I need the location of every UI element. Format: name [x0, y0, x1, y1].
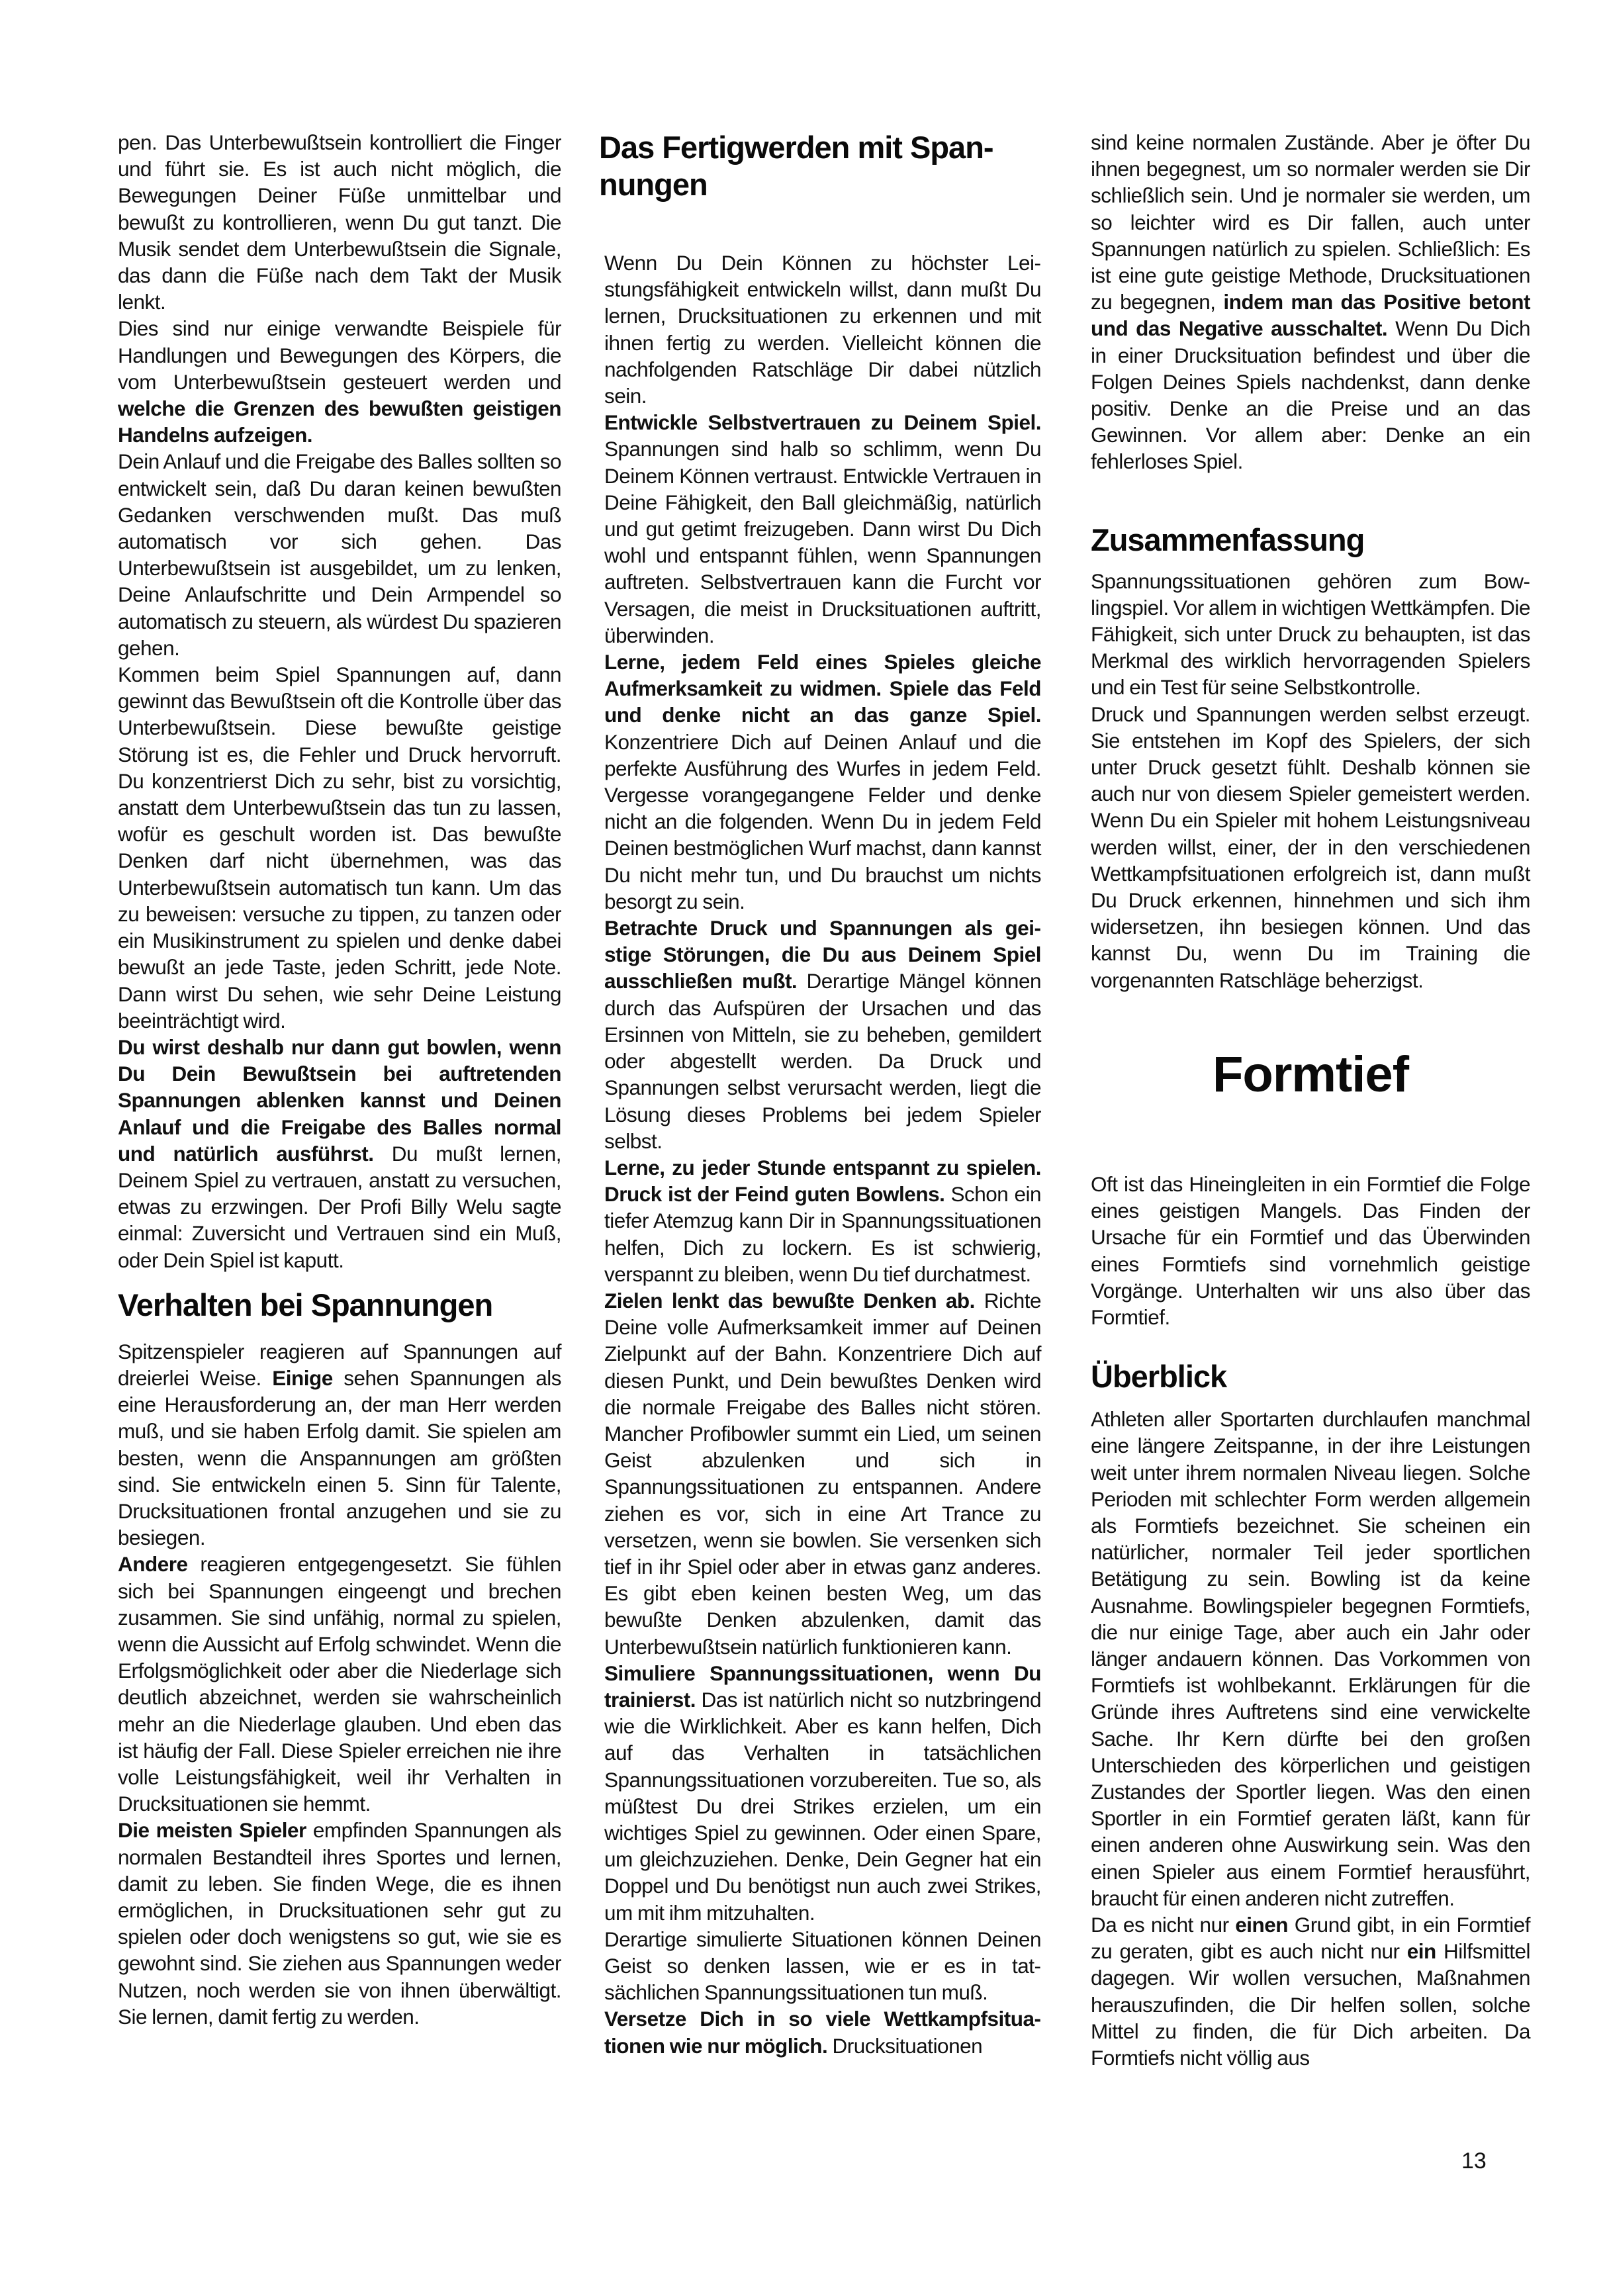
bold-text: einen: [1235, 1913, 1288, 1937]
paragraph: Lerne, jedem Feld eines Spieles gleiche …: [599, 649, 1041, 915]
paragraph: Entwickle Selbstvertrauen zu Deinem Spie…: [599, 409, 1041, 649]
text-run: reagieren entgegengesetzt. Sie füh­len s…: [118, 1552, 561, 1815]
bold-text: Zielen lenkt das bewußte Denken ab.: [604, 1289, 975, 1312]
text-run: Drucksituationen: [827, 2034, 982, 2058]
paragraph: Oft ist das Hineingleiten in ein Formtie…: [1091, 1171, 1530, 1330]
column-right: sind keine normalen Zustände. Aber je öf…: [1091, 129, 1530, 2071]
bold-text: Die meisten Spieler: [118, 1818, 306, 1842]
paragraph: Lerne, zu jeder Stunde entspannt zu spie…: [599, 1154, 1041, 1287]
paragraph: Andere reagieren entgegengesetzt. Sie fü…: [118, 1551, 561, 1817]
paragraph: Betrachte Druck und Spannungen als gei­s…: [599, 915, 1041, 1154]
text-run: Rich­te Deine volle Aufmerksamkeit immer…: [604, 1289, 1041, 1659]
paragraph: Versetze Dich in so viele Wettkampfsitua…: [599, 2005, 1041, 2058]
text-run: empfinden Spannungen als normalen Bestan…: [118, 1818, 561, 2028]
paragraph: Athleten aller Sportarten durchlaufen ma…: [1091, 1406, 1530, 1911]
bold-text: welche die Grenzen des bewußten geistige…: [118, 396, 561, 447]
text-run: Dies sind nur einige verwandte Beispiele…: [118, 316, 561, 393]
bold-text: Einige: [272, 1366, 333, 1390]
text-run: sehen Spannungen als eine Herausforderun…: [118, 1366, 561, 1549]
page-number: 13: [1461, 2148, 1487, 2174]
paragraph: pen. Das Unterbewußtsein kontrolliert di…: [118, 129, 561, 315]
bold-text: ein: [1407, 1939, 1436, 1963]
section-heading-zusammenfassung: Zusammenfassung: [1091, 522, 1530, 559]
paragraph: Druck und Spannungen werden selbst er­ze…: [1091, 701, 1530, 993]
paragraph: Spitzenspieler reagieren auf Spannungen …: [118, 1338, 561, 1551]
section-heading-fertigwerden: Das Fertigwerden mit Span­nungen: [599, 129, 1041, 203]
paragraph: Kommen beim Spiel Spannungen auf, dann g…: [118, 661, 561, 1034]
column-left: pen. Das Unterbewußtsein kontrolliert di…: [118, 129, 561, 2030]
column-middle: Das Fertigwerden mit Span­nungen Wenn Du…: [599, 129, 1041, 2059]
paragraph: Dies sind nur einige verwandte Beispiele…: [118, 315, 561, 448]
paragraph: Zielen lenkt das bewußte Denken ab. Rich…: [599, 1287, 1041, 1660]
paragraph: Du wirst deshalb nur dann gut bowlen, we…: [118, 1034, 561, 1273]
paragraph: Derartige simulierte Situationen können …: [599, 1926, 1041, 2006]
paragraph: Dein Anlauf und die Freigabe des Balles …: [118, 448, 561, 661]
paragraph: Spannungssituationen gehören zum Bow­lin…: [1091, 568, 1530, 701]
bold-text: Entwickle Selbstvertrauen zu Deinem Spie…: [604, 410, 1041, 434]
bold-text: Andere: [118, 1552, 188, 1576]
paragraph: Wenn Du Dein Können zu höchster Lei­stun…: [599, 250, 1041, 409]
text-run: Da es nicht nur: [1091, 1913, 1235, 1937]
paragraph: sind keine normalen Zustände. Aber je öf…: [1091, 129, 1530, 475]
chapter-title-formtief: Formtief: [1091, 1045, 1530, 1105]
text-run: Das ist natürlich nicht so nutz­bringend…: [604, 1688, 1041, 1925]
section-heading-verhalten: Verhalten bei Spannungen: [118, 1287, 561, 1324]
text-run: Derartige Mängel kön­nen durch das Aufsp…: [604, 969, 1041, 1152]
paragraph: Da es nicht nur einen Grund gibt, in ein…: [1091, 1911, 1530, 2071]
text-run: sind keine normalen Zustände. Aber je öf…: [1091, 130, 1530, 314]
paragraph: Simuliere Spannungssituationen, wenn Du …: [599, 1660, 1041, 1926]
paragraph: Die meisten Spieler empfinden Spannungen…: [118, 1817, 561, 2030]
text-run: Konzentriere Dich auf Deinen Anlauf und …: [604, 730, 1041, 913]
section-heading-ueberblick: Überblick: [1091, 1358, 1530, 1395]
text-run: Spannungen sind halb so schlimm, wenn Du…: [604, 437, 1041, 647]
bold-text: Lerne, jedem Feld eines Spieles gleiche …: [604, 650, 1041, 727]
